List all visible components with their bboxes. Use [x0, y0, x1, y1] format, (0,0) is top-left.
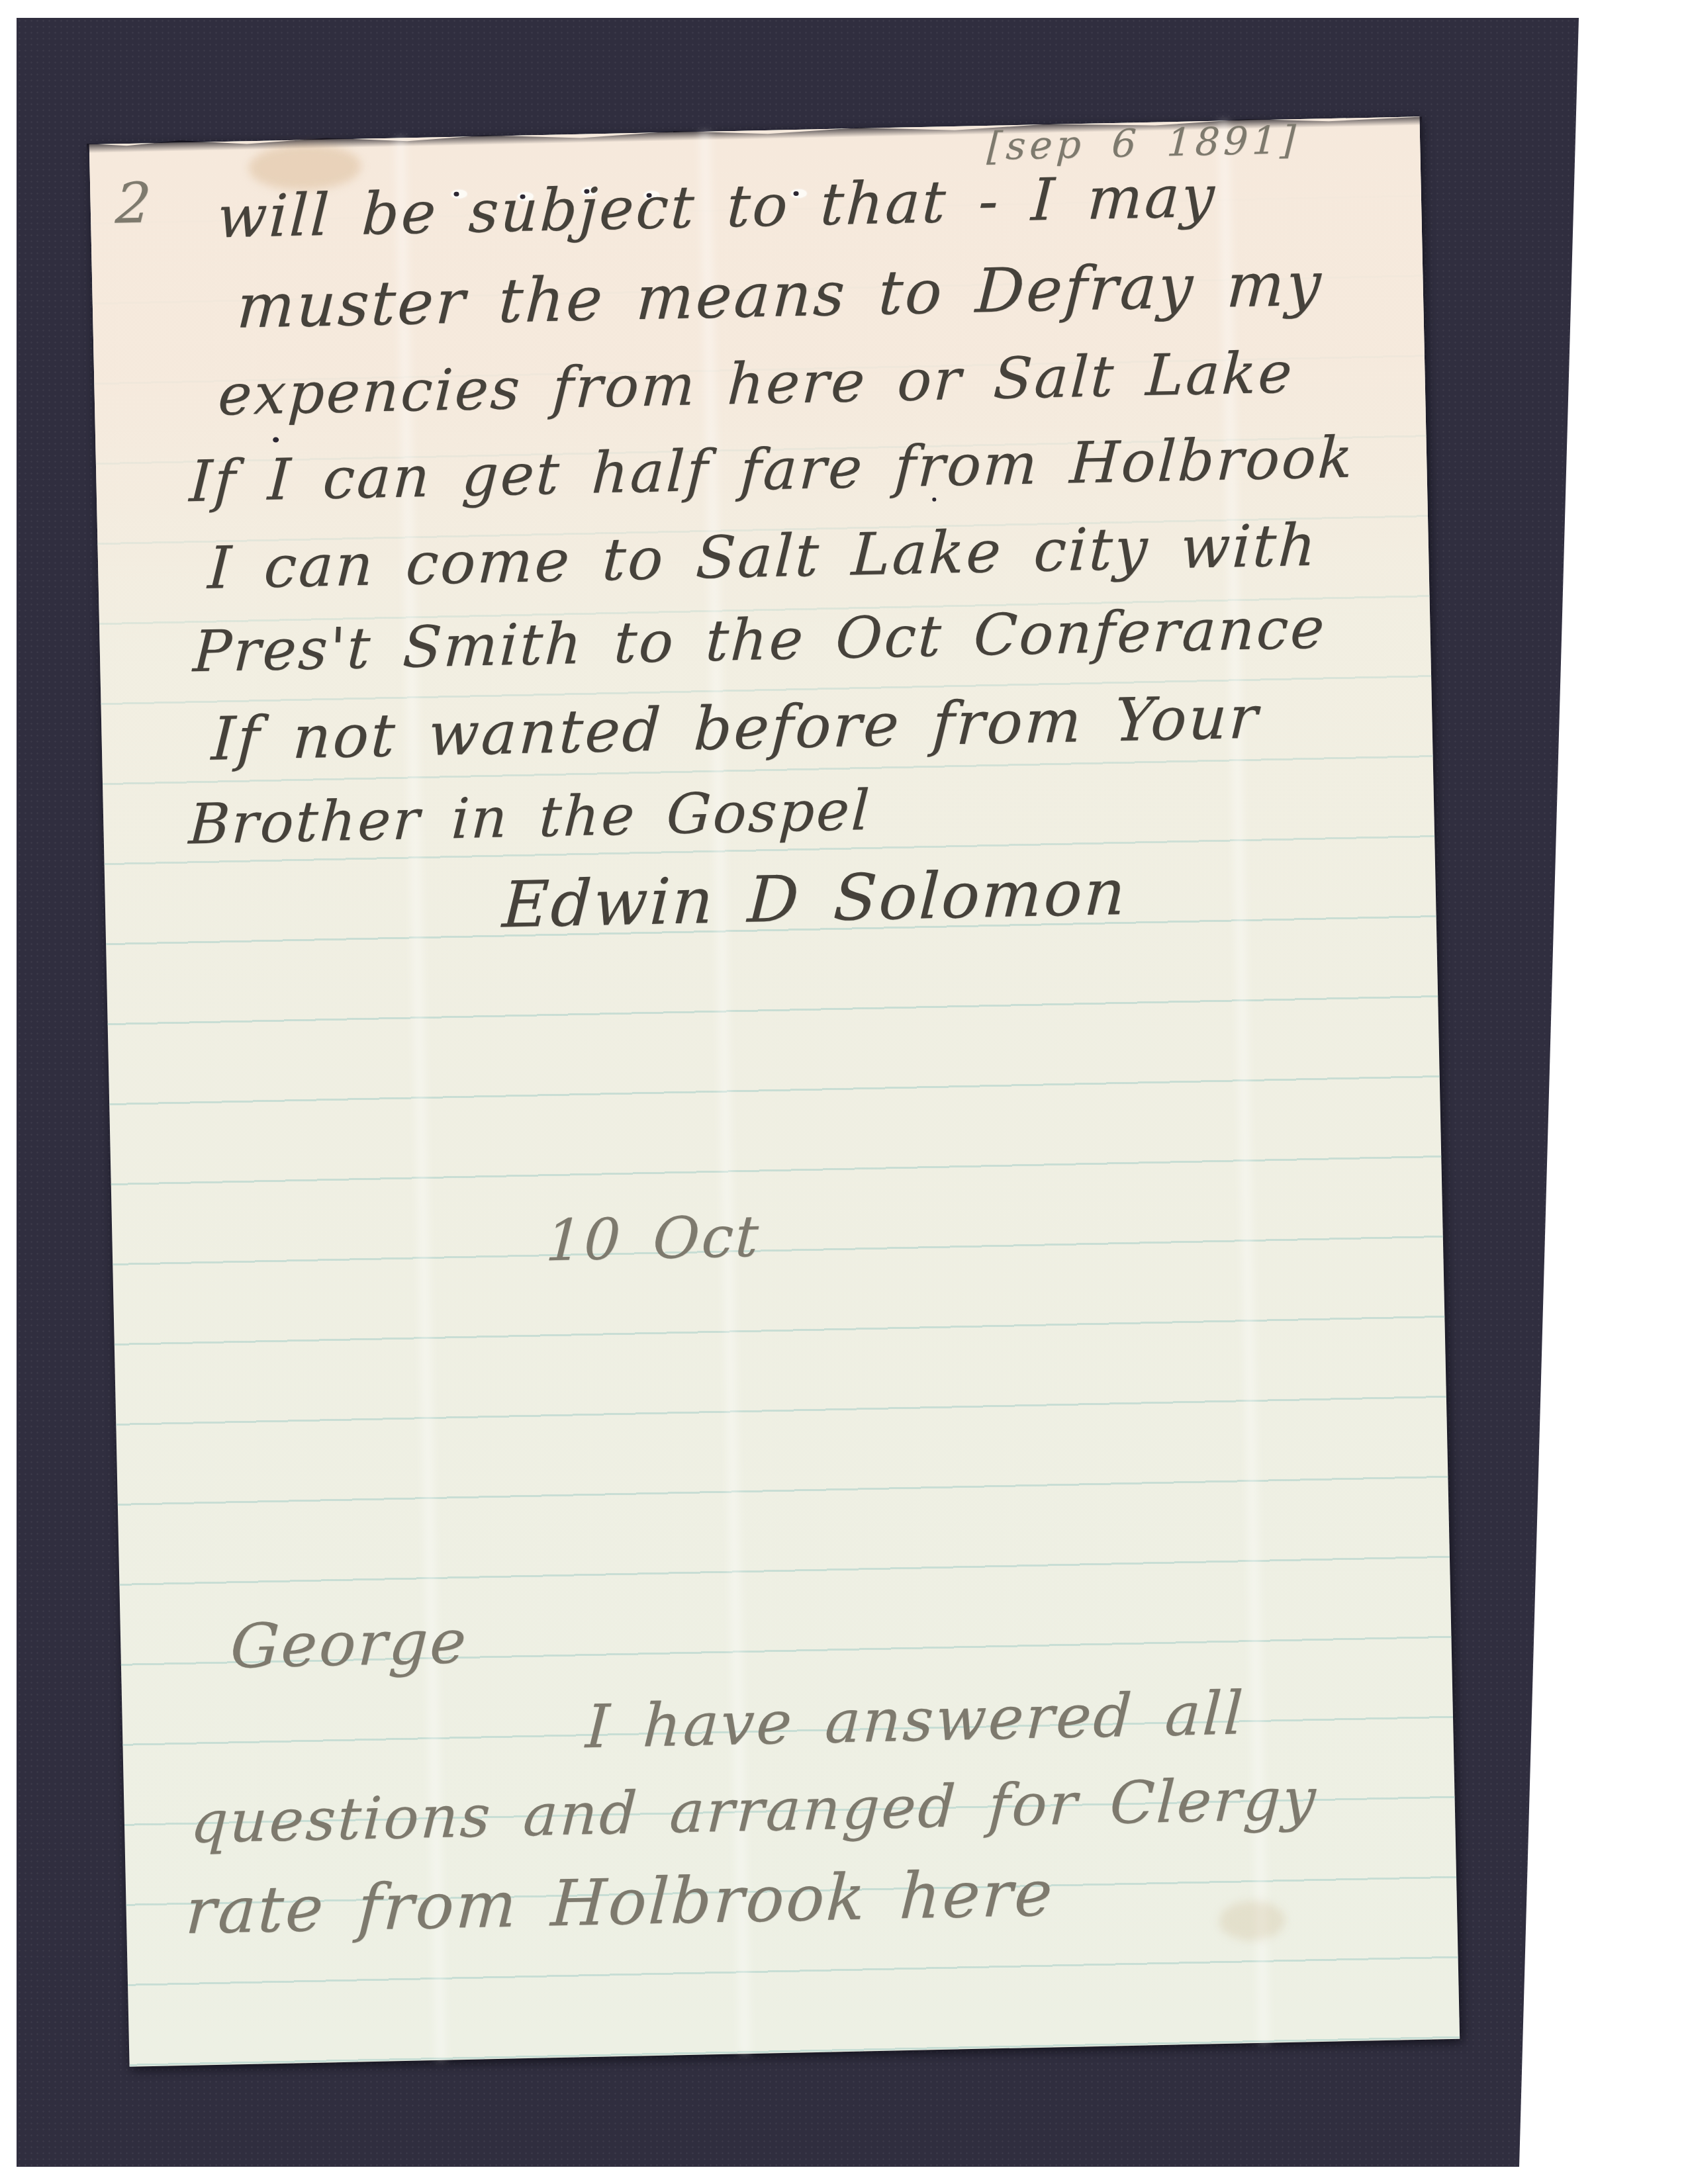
body-line-8: Brother in the Gospel — [187, 782, 872, 852]
paper-stain-bottom — [1219, 1900, 1286, 1941]
signature: Edwin D Solomon — [501, 860, 1129, 937]
postscript-line-3: rate from Holbrook here — [184, 1861, 1055, 1943]
paper-crease-left — [395, 138, 446, 2060]
paper-crease-center — [700, 132, 751, 2054]
postscript-line-2: questions and arranged for Clergy — [189, 1770, 1319, 1852]
archival-mat-background: 2 [sep 6 1891] will be subject to that -… — [17, 18, 1579, 2167]
body-line-3: expencies from here or Salt Lake — [217, 344, 1295, 424]
postscript-salutation: George — [229, 1612, 469, 1678]
letter-page: 2 [sep 6 1891] will be subject to that -… — [89, 116, 1460, 2066]
body-line-7: If not wanted before from Your — [210, 688, 1260, 769]
paper-crease-right — [1218, 120, 1269, 2043]
archival-date-annotation: [sep 6 1891] — [986, 120, 1301, 165]
body-line-4: If I can get half fare from Holbrook — [188, 429, 1356, 510]
page-number: 2 — [115, 175, 155, 231]
scan-page: { "letter": { "page_number": "2", "archi… — [0, 0, 1688, 2184]
body-line-1: will be subject to that - I may — [216, 167, 1217, 247]
postscript-line-1: I have answered all — [585, 1684, 1246, 1757]
date-note: 10 Oct — [545, 1208, 762, 1269]
body-line-6: Pres't Smith to the Oct Conferance — [192, 600, 1328, 680]
body-line-5: I can come to Salt Lake city with — [207, 516, 1319, 598]
ink-speck — [273, 437, 279, 442]
